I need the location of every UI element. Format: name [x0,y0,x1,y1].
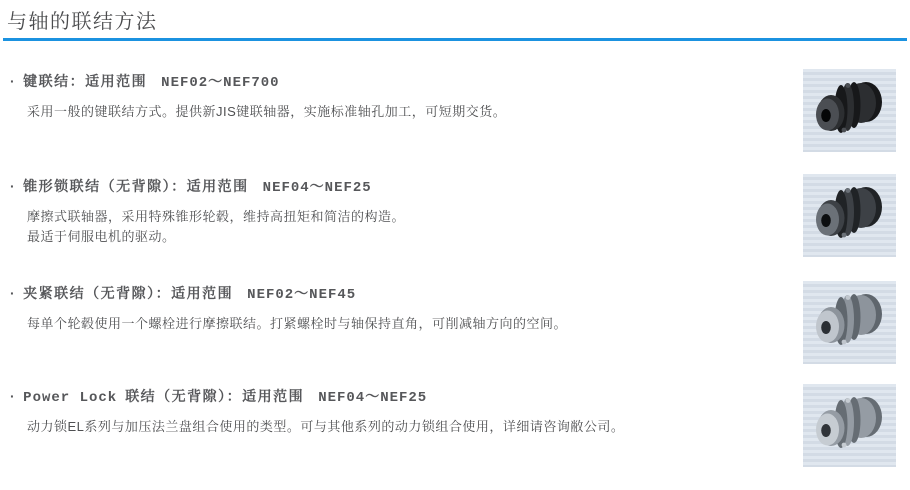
coupling-illustration [803,69,896,152]
section-heading: ·夹紧联结（无背隙）：适用范围NEF02～NEF45 [10,281,900,304]
bolt [842,340,847,345]
section-title: 夹紧联结（无背隙）：适用范围 [23,285,233,301]
coupling-illustration [803,174,896,257]
description-line: 摩擦式联轴器，采用特殊锥形轮毂，维持高扭矩和简洁的构造。 [27,207,900,227]
section-model-range: NEF02～NEF700 [161,75,279,91]
bore-hole [821,424,831,437]
bolt [846,295,851,300]
page-title: 与轴的联结方法 [7,5,158,34]
section-key-coupling: ·键联结：适用范围NEF02～NEF700 采用一般的键联结方式。提供新JIS键… [10,69,900,169]
section-description: 采用一般的键联结方式。提供新JIS键联轴器，实施标准轴孔加工，可短期交货。 [10,102,900,122]
photo-key-coupling [803,69,896,152]
bolt [842,128,847,133]
bore-hole [821,109,831,122]
photo-taper-lock-coupling [803,174,896,257]
bore-hole [821,321,831,334]
section-description: 摩擦式联轴器，采用特殊锥形轮毂，维持高扭矩和简洁的构造。 最适于伺服电机的驱动。 [10,207,900,247]
section-title: 联结（无背隙）：适用范围 [125,388,304,404]
bolt [846,398,851,403]
divider-bar [3,38,907,41]
bolt [846,188,851,193]
section-title-latin: Power Lock [23,390,117,406]
section-model-range: NEF02～NEF45 [247,287,356,303]
description-line: 动力锁EL系列与加压法兰盘组合使用的类型。可与其他系列的动力锁组合使用，详细请咨… [27,417,900,437]
photo-power-lock-coupling [803,384,896,467]
section-taper-lock-coupling: ·锥形锁联结（无背隙）：适用范围NEF04～NEF25 摩擦式联轴器，采用特殊锥… [10,174,900,274]
section-description: 每单个轮毂使用一个螺栓进行摩擦联结。打紧螺栓时与轴保持直角，可削减轴方向的空间。 [10,314,900,334]
bullet-icon: · [10,178,16,195]
catalog-page: 与轴的联结方法 ·键联结：适用范围NEF02～NEF700 采用一般的键联结方式… [0,0,910,490]
section-clamp-coupling: ·夹紧联结（无背隙）：适用范围NEF02～NEF45 每单个轮毂使用一个螺栓进行… [10,281,900,381]
section-model-range: NEF04～NEF25 [318,390,427,406]
section-heading: ·锥形锁联结（无背隙）：适用范围NEF04～NEF25 [10,174,900,197]
section-title: 键联结：适用范围 [23,73,147,89]
bolt [842,233,847,238]
photo-clamp-coupling [803,281,896,364]
description-line: 采用一般的键联结方式。提供新JIS键联轴器，实施标准轴孔加工，可短期交货。 [27,102,900,122]
section-model-range: NEF04～NEF25 [263,180,372,196]
description-line: 最适于伺服电机的驱动。 [27,227,900,247]
bolt [846,83,851,88]
title-divider [3,38,907,41]
coupling-illustration [803,384,896,467]
section-heading: ·Power Lock联结（无背隙）：适用范围NEF04～NEF25 [10,384,900,407]
description-line: 每单个轮毂使用一个螺栓进行摩擦联结。打紧螺栓时与轴保持直角，可削减轴方向的空间。 [27,314,900,334]
bullet-icon: · [10,73,16,90]
bolt [842,443,847,448]
bullet-icon: · [10,388,16,405]
section-description: 动力锁EL系列与加压法兰盘组合使用的类型。可与其他系列的动力锁组合使用，详细请咨… [10,417,900,437]
section-power-lock-coupling: ·Power Lock联结（无背隙）：适用范围NEF04～NEF25 动力锁EL… [10,384,900,484]
coupling-illustration [803,281,896,364]
section-heading: ·键联结：适用范围NEF02～NEF700 [10,69,900,92]
section-title: 锥形锁联结（无背隙）：适用范围 [23,178,249,194]
bore-hole [821,214,831,227]
bullet-icon: · [10,285,16,302]
